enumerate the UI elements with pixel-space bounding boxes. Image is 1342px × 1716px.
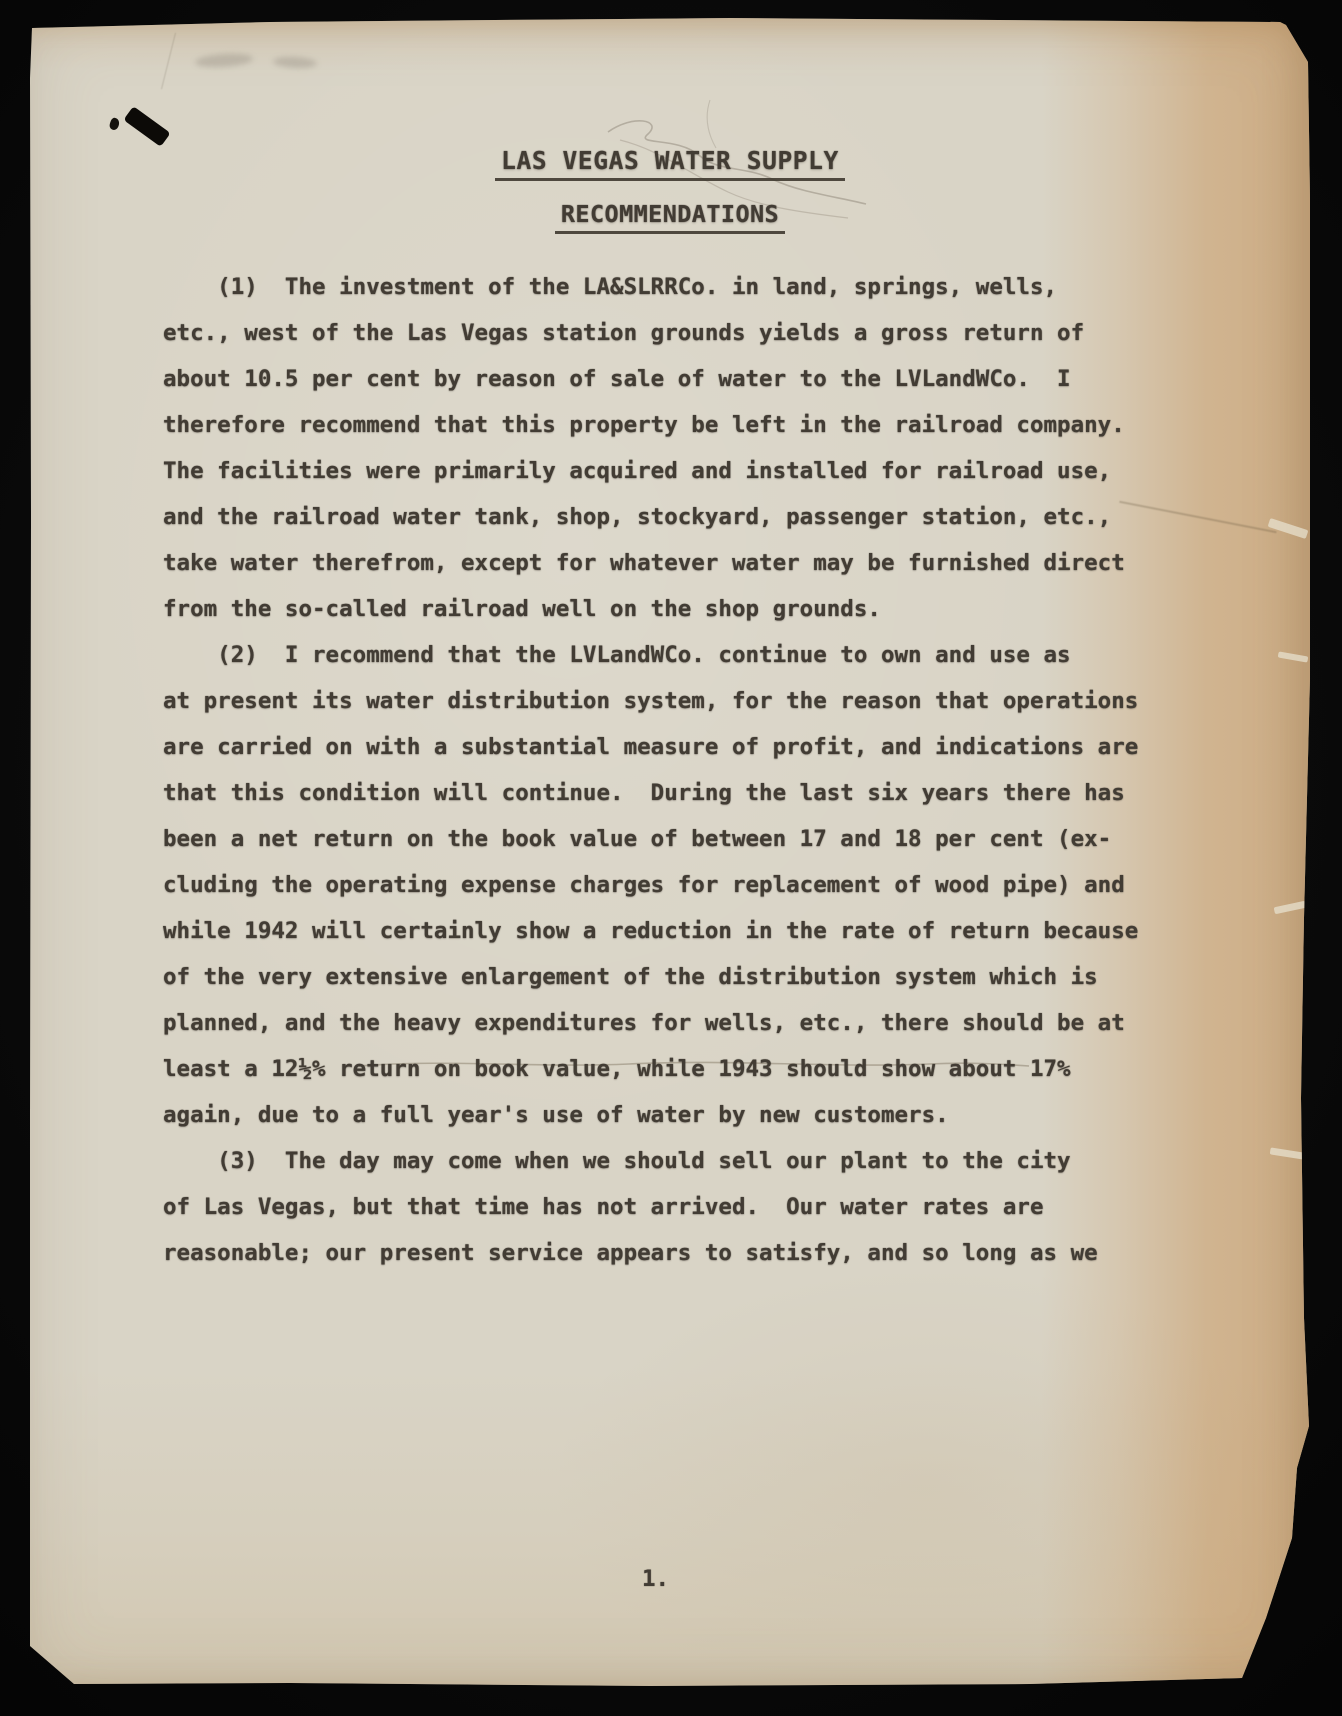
text-line: planned, and the heavy expenditures for … <box>163 1000 1183 1046</box>
text-line: are carried on with a substantial measur… <box>163 724 1183 770</box>
edge-tear-mark <box>1270 1147 1305 1159</box>
torn-hole-mark <box>123 106 170 147</box>
text-line: and the railroad water tank, shop, stock… <box>163 494 1183 540</box>
text-line: been a net return on the book value of b… <box>163 816 1183 862</box>
document-title-text: LAS VEGAS WATER SUPPLY <box>495 146 845 181</box>
text-line: The facilities were primarily acquired a… <box>163 448 1183 494</box>
text-line: (2) I recommend that the LVLandWCo. cont… <box>163 632 1183 678</box>
text-line: cluding the operating expense charges fo… <box>163 862 1183 908</box>
smudge-mark <box>273 56 318 69</box>
document-page: LAS VEGAS WATER SUPPLY RECOMMENDATIONS (… <box>30 18 1310 1686</box>
crease-mark <box>161 33 176 90</box>
text-line: while 1942 will certainly show a reducti… <box>163 908 1183 954</box>
document-subtitle: RECOMMENDATIONS <box>30 200 1310 234</box>
text-line: etc., west of the Las Vegas station grou… <box>163 310 1183 356</box>
edge-tear-mark <box>1268 518 1309 539</box>
document-title: LAS VEGAS WATER SUPPLY <box>30 146 1310 181</box>
scan-backdrop: { "colors": { "backdrop": "#080808", "pa… <box>0 0 1342 1716</box>
text-line: reasonable; our present service appears … <box>163 1230 1183 1276</box>
text-line: at present its water distribution system… <box>163 678 1183 724</box>
text-line: of Las Vegas, but that time has not arri… <box>163 1184 1183 1230</box>
document-subtitle-text: RECOMMENDATIONS <box>555 200 785 234</box>
text-line: about 10.5 per cent by reason of sale of… <box>163 356 1183 402</box>
text-line: of the very extensive enlargement of the… <box>163 954 1183 1000</box>
text-line: from the so-called railroad well on the … <box>163 586 1183 632</box>
text-line: least a 12½% return on book value, while… <box>163 1046 1183 1092</box>
text-line: take water therefrom, except for whateve… <box>163 540 1183 586</box>
text-line: that this condition will continue. Durin… <box>163 770 1183 816</box>
edge-tear-mark <box>1278 651 1309 662</box>
page-number: 1. <box>642 1566 669 1592</box>
text-line: (3) The day may come when we should sell… <box>163 1138 1183 1184</box>
text-line: again, due to a full year's use of water… <box>163 1092 1183 1138</box>
text-line: therefore recommend that this property b… <box>163 402 1183 448</box>
document-body: (1) The investment of the LA&SLRRCo. in … <box>163 264 1183 1276</box>
torn-hole-dot-mark <box>108 117 121 131</box>
smudge-mark <box>195 52 254 69</box>
edge-tear-mark <box>1274 901 1307 915</box>
text-line: (1) The investment of the LA&SLRRCo. in … <box>163 264 1183 310</box>
